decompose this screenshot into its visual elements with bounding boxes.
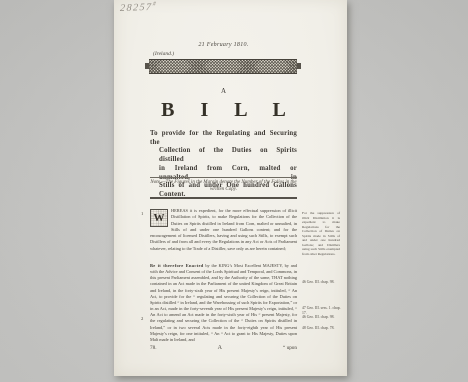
statute-citation: 46 Geo. III. chap. 98. bbox=[302, 280, 341, 285]
statute-citation: 47 Geo. III. sess. 1. chap. 17. bbox=[302, 306, 341, 315]
enacting-formula: Be it therefore Enacted bbox=[150, 263, 204, 268]
region-label: (Ireland.) bbox=[153, 51, 174, 57]
long-title-line: To provide for the Regulating and Securi… bbox=[150, 130, 297, 147]
bill-document-page: 28257# 21 February 1810. (Ireland.) A B … bbox=[114, 0, 347, 376]
pencil-lot-number: 28257# bbox=[120, 1, 158, 14]
long-title-line: Collection of the Duties on Spirits dist… bbox=[159, 147, 297, 164]
ornamental-drop-cap: W bbox=[150, 209, 168, 227]
paragraph-enacting-text: by the KING’s Most Excellent MAJESTY, by… bbox=[150, 263, 297, 342]
foot-line: 78. A “ upon bbox=[150, 345, 297, 351]
photo-backdrop: 28257# 21 February 1810. (Ireland.) A B … bbox=[0, 0, 468, 382]
bill-title: B I L L bbox=[150, 99, 297, 122]
woven-rule-ornament bbox=[149, 59, 297, 74]
folio-number-2: 2 bbox=[141, 316, 143, 321]
bill-number: 78. bbox=[150, 345, 156, 351]
margin-figures-note: Note.—The Figures in the Margin denote t… bbox=[150, 180, 297, 193]
thin-rule bbox=[150, 177, 297, 178]
paragraph-whereas-text: HEREAS it is expedient, for the more eff… bbox=[150, 208, 297, 251]
thick-rule bbox=[150, 197, 297, 199]
paragraph-enacting: Be it therefore Enacted by the KING’s Mo… bbox=[150, 263, 297, 343]
pencil-number-text: 28257 bbox=[120, 2, 153, 14]
catchword: “ upon bbox=[283, 345, 297, 351]
pencil-mark: # bbox=[152, 1, 157, 7]
statute-citation: 46 Geo. III. chap. 98. bbox=[302, 315, 341, 320]
signature-mark: A bbox=[218, 345, 222, 351]
side-note-summary: For the suppression of illicit Distillat… bbox=[302, 211, 340, 256]
statute-citation: 48 Geo. III. chap. 78. bbox=[302, 326, 341, 331]
folio-number-1: 1 bbox=[141, 211, 143, 216]
half-title: A bbox=[150, 87, 297, 95]
print-date: 21 February 1810. bbox=[150, 42, 297, 48]
paragraph-whereas: WHEREAS it is expedient, for the more ef… bbox=[150, 208, 297, 252]
